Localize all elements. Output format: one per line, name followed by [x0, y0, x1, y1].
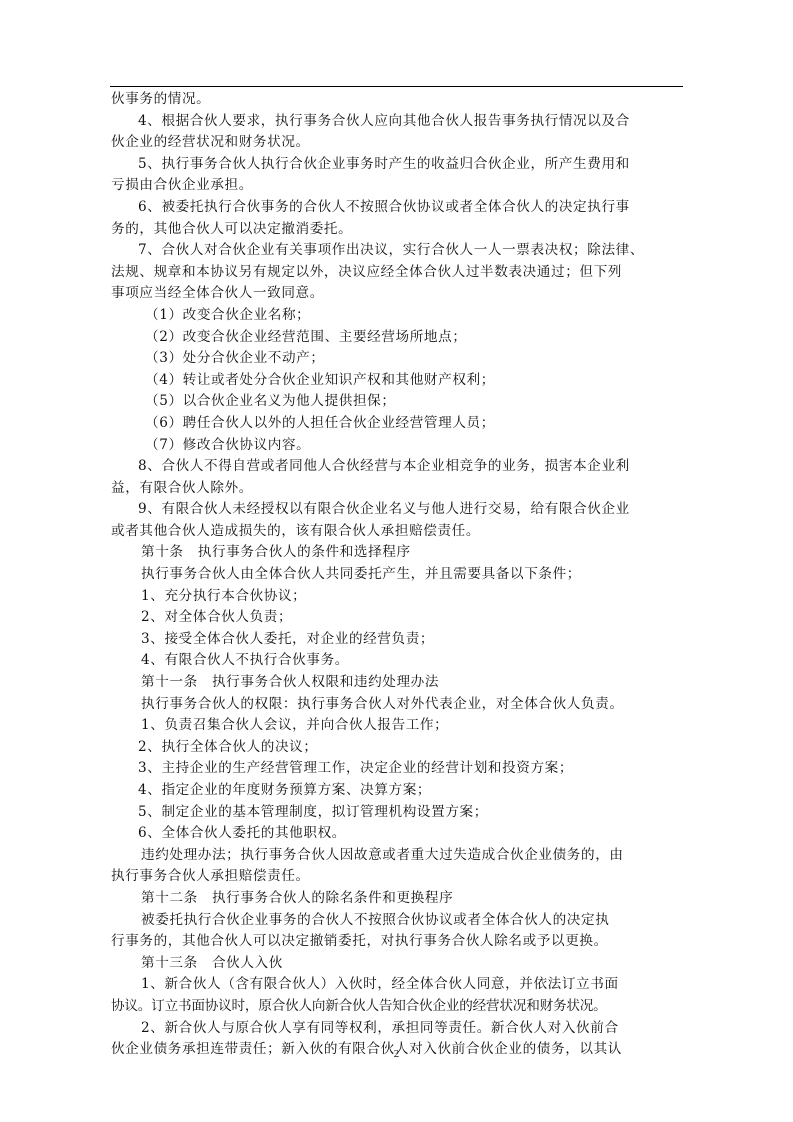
text-line: 3、接受全体合伙人委托，对企业的经营负责； — [111, 629, 684, 651]
text-line: 2、执行全体合伙人的决议； — [111, 737, 684, 759]
text-line: 益，有限合伙人除外。 — [111, 478, 684, 500]
text-line: 7、合伙人对合伙企业有关事项作出决议，实行合伙人一人一票表决权；除法律、 — [111, 240, 684, 262]
text-line: 务的，其他合伙人可以决定撤消委托。 — [111, 219, 684, 241]
text-line: 事项应当经全体合伙人一致同意。 — [111, 283, 684, 305]
text-line: 执行事务合伙人的权限：执行事务合伙人对外代表企业，对全体合伙人负责。 — [111, 694, 684, 716]
text-line: 伙事务的情况。 — [111, 89, 684, 111]
text-line: （4）转让或者处分合伙企业知识产权和其他财产权利； — [111, 370, 684, 392]
text-line: 1、充分执行本合伙协议； — [111, 586, 684, 608]
document-body: 伙事务的情况。4、根据合伙人要求，执行事务合伙人应向其他合伙人报告事务执行情况以… — [111, 89, 684, 1061]
text-line: 1、新合伙人（含有限合伙人）入伙时，经全体合伙人同意，并依法订立书面 — [111, 974, 684, 996]
article-heading: 第十二条 执行事务合伙人的除名条件和更换程序 — [111, 888, 684, 910]
text-line: 2、新合伙人与原合伙人享有同等权利，承担同等责任。新合伙人对入伙前合 — [111, 1018, 684, 1040]
text-line: 伙企业的经营状况和财务状况。 — [111, 132, 684, 154]
text-line: 亏损由合伙企业承担。 — [111, 175, 684, 197]
text-line: 4、指定企业的年度财务预算方案、决算方案； — [111, 780, 684, 802]
text-line: 4、有限合伙人不执行合伙事务。 — [111, 650, 684, 672]
text-line: （7）修改合伙协议内容。 — [111, 435, 684, 457]
article-heading: 第十条 执行事务合伙人的条件和选择程序 — [111, 542, 684, 564]
text-line: （5）以合伙企业名义为他人提供担保； — [111, 391, 684, 413]
text-line: （3）处分合伙企业不动产； — [111, 348, 684, 370]
text-line: 4、根据合伙人要求，执行事务合伙人应向其他合伙人报告事务执行情况以及合 — [111, 111, 684, 133]
text-line: 协议。订立书面协议时，原合伙人向新合伙人告知合伙企业的经营状况和财务状况。 — [111, 996, 684, 1018]
text-line: 或者其他合伙人造成损失的，该有限合伙人承担赔偿责任。 — [111, 521, 684, 543]
text-line: （1）改变合伙企业名称； — [111, 305, 684, 327]
text-line: 执行事务合伙人承担赔偿责任。 — [111, 866, 684, 888]
text-line: 3、主持企业的生产经营管理工作，决定企业的经营计划和投资方案； — [111, 758, 684, 780]
text-line: （6）聘任合伙人以外的人担任合伙企业经营管理人员； — [111, 413, 684, 435]
text-line: 被委托执行合伙企业事务的合伙人不按照合伙协议或者全体合伙人的决定执 — [111, 910, 684, 932]
article-heading: 第十一条 执行事务合伙人权限和违约处理办法 — [111, 672, 684, 694]
header-rule — [110, 86, 683, 87]
document-page: 伙事务的情况。4、根据合伙人要求，执行事务合伙人应向其他合伙人报告事务执行情况以… — [0, 0, 793, 1122]
text-line: 行事务的，其他合伙人可以决定撤销委托，对执行事务合伙人除名或予以更换。 — [111, 931, 684, 953]
text-line: 5、执行事务合伙人执行合伙企业事务时产生的收益归合伙企业，所产生费用和 — [111, 154, 684, 176]
article-heading: 第十三条 合伙人入伙 — [111, 953, 684, 975]
text-line: 2、对全体合伙人负责； — [111, 607, 684, 629]
text-line: 违约处理办法；执行事务合伙人因故意或者重大过失造成合伙企业债务的，由 — [111, 845, 684, 867]
text-line: 5、制定企业的基本管理制度，拟订管理机构设置方案； — [111, 802, 684, 824]
text-line: 9、有限合伙人未经授权以有限合伙企业名义与他人进行交易，给有限合伙企业 — [111, 499, 684, 521]
text-line: 6、全体合伙人委托的其他职权。 — [111, 823, 684, 845]
text-line: 8、合伙人不得自营或者同他人合伙经营与本企业相竞争的业务，损害本企业利 — [111, 456, 684, 478]
text-line: 法规、规章和本协议另有规定以外，决议应经全体合伙人过半数表决通过；但下列 — [111, 262, 684, 284]
text-line: 1、负责召集合伙人会议，并向合伙人报告工作； — [111, 715, 684, 737]
text-line: （2）改变合伙企业经营范围、主要经营场所地点； — [111, 327, 684, 349]
text-line: 执行事务合伙人由全体合伙人共同委托产生，并且需要具备以下条件； — [111, 564, 684, 586]
page-number: 2 — [0, 1048, 793, 1060]
text-line: 6、被委托执行合伙事务的合伙人不按照合伙协议或者全体合伙人的决定执行事 — [111, 197, 684, 219]
